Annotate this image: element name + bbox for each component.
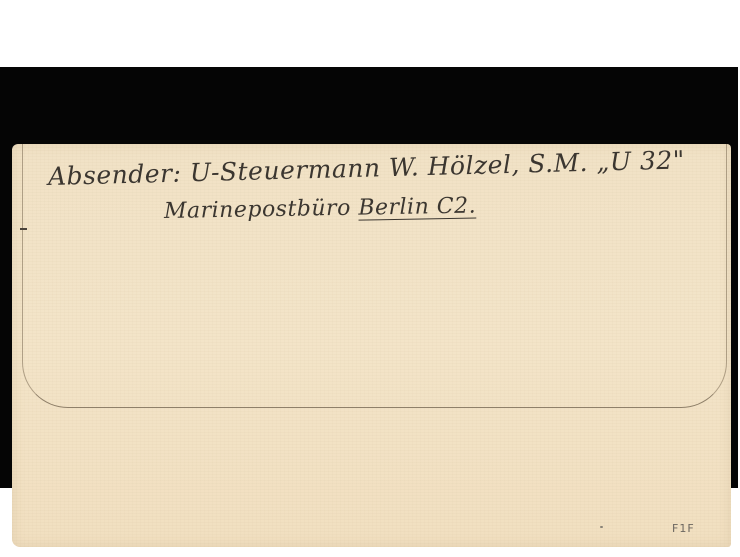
- address-prefix: Marinepostbüro: [164, 196, 351, 224]
- pencil-dot: [600, 526, 603, 528]
- pencil-note: F1F: [672, 522, 695, 535]
- address-place: Berlin C2.: [358, 194, 476, 221]
- envelope-back: Absender: U-Steuermann W. Hölzel, S.M. „…: [12, 144, 731, 547]
- black-backdrop: Absender: U-Steuermann W. Hölzel, S.M. „…: [0, 67, 738, 488]
- edge-mark: [20, 228, 27, 230]
